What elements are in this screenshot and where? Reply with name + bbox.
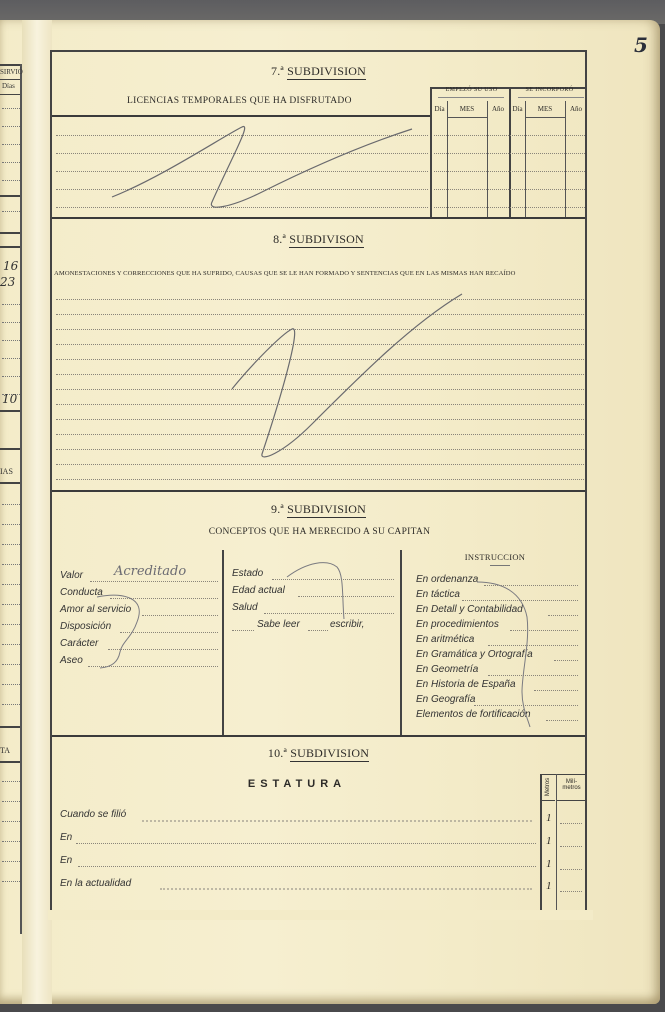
column-header: Año xyxy=(487,105,509,113)
field-label-amor-al-servicio: Amor al servicio xyxy=(60,604,131,615)
strip-rule xyxy=(0,410,20,412)
strip-rule xyxy=(0,79,20,80)
divider xyxy=(52,217,585,219)
column-header: MES xyxy=(447,105,487,113)
page-gutter xyxy=(22,20,52,1004)
column-header: Año xyxy=(565,105,587,113)
instruccion-item: Elementos de fortificación xyxy=(416,709,531,720)
form-frame: 7.ª SUBDIVISION LICENCIAS TEMPORALES QUE… xyxy=(50,50,587,910)
field-label-estado: Estado xyxy=(232,568,263,579)
estatura-row-label: En xyxy=(60,855,72,866)
subdivision-9-heading: CONCEPTOS QUE HA MERECIDO A SU CAPITAN xyxy=(52,527,587,537)
field-label-conducta: Conducta xyxy=(60,587,103,598)
strike-through-scribble xyxy=(102,117,422,212)
subdivision-9-number: 9.ª xyxy=(271,502,284,516)
divider xyxy=(52,490,585,492)
estatura-row-label: En la actualidad xyxy=(60,878,131,889)
instruccion-item: En Geometría xyxy=(416,664,478,675)
strip-column-fragment: Días xyxy=(2,82,15,90)
column-header-milimetros: Milí-metros xyxy=(558,779,585,791)
subdivision-7-word: SUBDIVISION xyxy=(287,64,366,80)
metros-value: 1 xyxy=(546,835,552,847)
instruccion-item: En Historia de España xyxy=(416,679,516,690)
subdivision-10-word: SUBDIVISION xyxy=(290,746,369,762)
measurement-table: Metros Milí-metros 1 1 1 1 xyxy=(540,774,587,912)
divider xyxy=(52,735,585,737)
field-label-valor: Valor xyxy=(60,570,83,581)
strip-label-fragment-2: TA xyxy=(0,746,10,755)
strip-rule xyxy=(0,246,20,248)
instruccion-item: En Geografía xyxy=(416,694,475,705)
column-divider xyxy=(400,550,402,735)
strip-rule xyxy=(0,761,20,763)
strip-rule xyxy=(0,94,20,95)
column-header: Día xyxy=(510,105,525,113)
strike-through-scribble xyxy=(222,284,472,469)
licencias-table: EMPEZÓ SU USO SE INCORPORÓ Día MES Año D… xyxy=(430,87,587,217)
metros-value: 1 xyxy=(546,880,552,892)
subdivision-8-heading: AMONESTACIONES Y CORRECCIONES QUE HA SUF… xyxy=(54,270,516,277)
subdivision-7-heading: LICENCIAS TEMPORALES QUE HA DISFRUTADO xyxy=(127,96,352,106)
bracket-scribble xyxy=(282,557,362,627)
column-header: Día xyxy=(432,105,447,113)
metros-value: 1 xyxy=(546,858,552,870)
strip-handwritten-3: 10 xyxy=(2,392,17,406)
subdivision-9-word: SUBDIVISION xyxy=(287,502,366,518)
column-divider xyxy=(222,550,224,735)
field-label-salud: Salud xyxy=(232,602,258,613)
metros-value: 1 xyxy=(546,812,552,824)
strip-rule xyxy=(0,64,20,66)
subdivision-9-title: 9.ª SUBDIVISION xyxy=(52,502,585,517)
field-label-sabe-leer: Sabe leer xyxy=(257,619,300,630)
strip-label-fragment-1: IAS xyxy=(0,467,13,476)
estatura-heading: ESTATURA xyxy=(52,778,542,790)
field-label-aseo: Aseo xyxy=(60,655,83,666)
subdivision-8-title: 8.ª SUBDIVISON xyxy=(52,232,585,247)
field-label-escribir: escribir, xyxy=(330,619,364,630)
page-number: 5 xyxy=(634,33,648,57)
subdivision-8-number: 8.ª xyxy=(273,232,286,246)
instruccion-item: En Detall y Contabilidad xyxy=(416,604,523,615)
column-header-metros: Metros xyxy=(545,773,551,801)
estatura-row-label: En xyxy=(60,832,72,843)
strip-rule xyxy=(0,232,20,234)
strip-header-fragment: SIRVIÓ xyxy=(0,68,23,76)
column-header: MES xyxy=(525,105,565,113)
instruccion-item: En Gramática y Ortografía xyxy=(416,649,533,660)
strip-handwritten-1: 16 xyxy=(3,259,18,273)
strip-rule xyxy=(0,448,20,450)
instruccion-item: En ordenanza xyxy=(416,574,478,585)
instruccion-item: En procedimientos xyxy=(416,619,499,630)
subdivision-7-title: 7.ª SUBDIVISION xyxy=(52,64,585,79)
field-value-valor[interactable]: Acreditado xyxy=(114,564,186,579)
field-label-caracter: Carácter xyxy=(60,638,98,649)
strip-handwritten-2: 23 xyxy=(0,275,15,289)
subdivision-7-number: 7.ª xyxy=(271,64,284,78)
field-label-edad-actual: Edad actual xyxy=(232,585,285,596)
field-label-disposicion: Disposición xyxy=(60,621,111,632)
instruccion-item: En aritmética xyxy=(416,634,474,645)
frame-end xyxy=(48,910,593,920)
subdivision-10-number: 10.ª xyxy=(268,746,287,760)
strip-rule xyxy=(0,726,20,728)
subdivision-8-word: SUBDIVISON xyxy=(289,232,364,248)
instruccion-item: En táctica xyxy=(416,589,460,600)
strip-rule xyxy=(0,195,20,197)
instruccion-title: INSTRUCCION xyxy=(400,552,590,562)
previous-page-strip: SIRVIÓ Días 16 23 10 IAS TA xyxy=(0,64,22,934)
subdivision-10-title: 10.ª SUBDIVISION xyxy=(52,746,585,761)
estatura-row-label: Cuando se filió xyxy=(60,809,126,820)
strip-rule xyxy=(0,482,20,484)
table-group-empezo: EMPEZÓ SU USO xyxy=(434,87,509,93)
divider xyxy=(52,115,430,117)
table-group-incorporo: SE INCORPORÓ xyxy=(512,87,587,93)
